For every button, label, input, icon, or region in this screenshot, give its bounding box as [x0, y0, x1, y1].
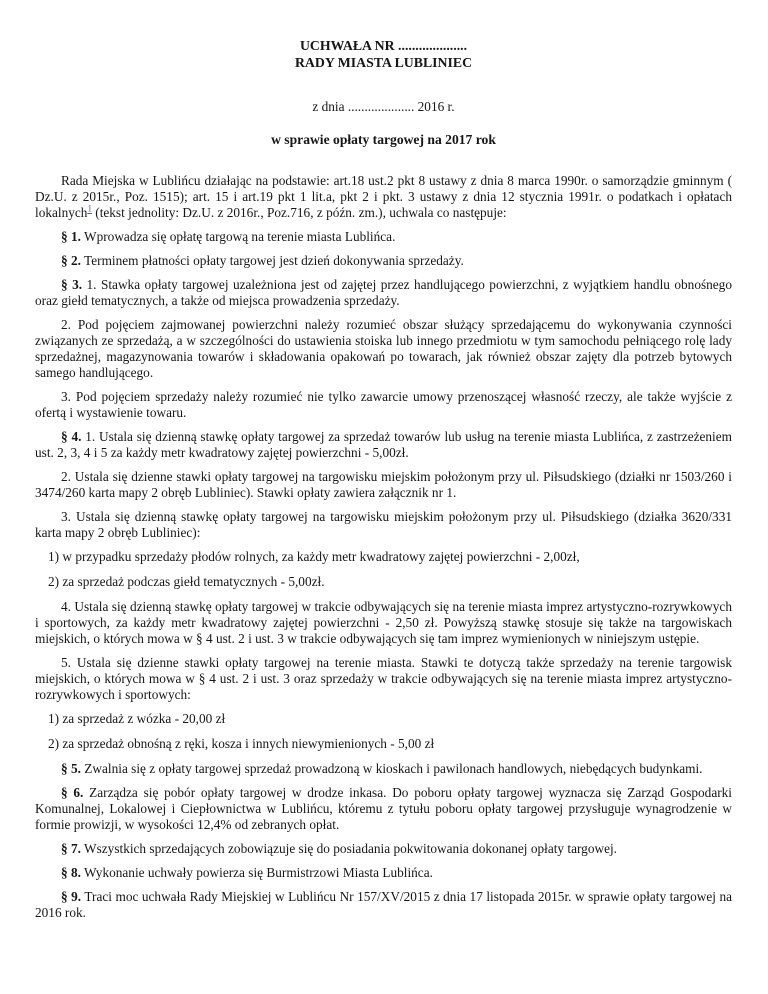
list-item: 1) za sprzedaż z wózka - 20,00 zł	[35, 711, 732, 727]
paragraph-text: 2. Pod pojęciem zajmowanej powierzchni n…	[35, 317, 732, 380]
section-label: § 5.	[61, 761, 81, 776]
section-label: § 9.	[61, 889, 81, 904]
paragraph: § 5. Zwalnia się z opłaty targowej sprze…	[35, 761, 732, 777]
section-label: § 2.	[61, 253, 81, 268]
paragraph: 2. Ustala się dzienne stawki opłaty targ…	[35, 469, 732, 501]
paragraph-text: Traci moc uchwała Rady Miejskiej w Lubli…	[35, 889, 732, 920]
paragraph-text: 1) za sprzedaż z wózka - 20,00 zł	[48, 711, 225, 726]
paragraph-text: 2) za sprzedaż obnośną z ręki, kosza i i…	[48, 736, 434, 751]
paragraph: § 9. Traci moc uchwała Rady Miejskiej w …	[35, 889, 732, 921]
paragraph: 3. Pod pojęciem sprzedaży należy rozumie…	[35, 389, 732, 421]
paragraph-text: Wprowadza się opłatę targową na terenie …	[84, 229, 395, 244]
doc-date-line: z dnia .................... 2016 r.	[35, 99, 732, 115]
preamble-paragraph: Rada Miejska w Lublińcu działając na pod…	[35, 173, 732, 221]
paragraph-text: Wykonanie uchwały powierza się Burmistrz…	[84, 865, 433, 880]
paragraph: § 7. Wszystkich sprzedających zobowiązuj…	[35, 841, 732, 857]
paragraph: § 3. 1. Stawka opłaty targowej uzależnio…	[35, 277, 732, 309]
paragraph-text: 2. Ustala się dzienne stawki opłaty targ…	[35, 469, 732, 500]
paragraph: § 1. Wprowadza się opłatę targową na ter…	[35, 229, 732, 245]
paragraph-text: 1. Ustala się dzienną stawkę opłaty targ…	[35, 429, 732, 460]
list-item: 1) w przypadku sprzedaży płodów rolnych,…	[35, 549, 732, 565]
paragraph-text: Zwalnia się z opłaty targowej sprzedaż p…	[84, 761, 702, 776]
paragraph: § 6. Zarządza się pobór opłaty targowej …	[35, 785, 732, 833]
paragraph: 5. Ustala się dzienne stawki opłaty targ…	[35, 655, 732, 703]
paragraph-text: 2) za sprzedaż podczas giełd tematycznyc…	[48, 574, 325, 589]
paragraph-text: Terminem płatności opłaty targowej jest …	[84, 253, 464, 268]
paragraph: § 4. 1. Ustala się dzienną stawkę opłaty…	[35, 429, 732, 461]
paragraph-text: 3. Pod pojęciem sprzedaży należy rozumie…	[35, 389, 732, 420]
paragraph-text: 4. Ustala się dzienną stawkę opłaty targ…	[35, 599, 732, 646]
section-label: § 3.	[61, 277, 82, 292]
section-label: § 1.	[61, 229, 81, 244]
paragraph: 2. Pod pojęciem zajmowanej powierzchni n…	[35, 317, 732, 381]
section-label: § 6.	[61, 785, 83, 800]
section-label: § 7.	[61, 841, 81, 856]
paragraph-text: 5. Ustala się dzienne stawki opłaty targ…	[35, 655, 732, 702]
paragraph-text: 1. Stawka opłaty targowej uzależniona je…	[35, 277, 732, 308]
paragraph: 4. Ustala się dzienną stawkę opłaty targ…	[35, 599, 732, 647]
list-item: 2) za sprzedaż podczas giełd tematycznyc…	[35, 574, 732, 590]
document-body: Rada Miejska w Lublińcu działając na pod…	[35, 173, 732, 921]
doc-subject-line: w sprawie opłaty targowej na 2017 rok	[35, 132, 732, 148]
doc-title-number: UCHWAŁA NR ....................	[35, 37, 732, 54]
doc-title-authority: RADY MIASTA LUBLINIEC	[35, 54, 732, 71]
section-label: § 8.	[61, 865, 81, 880]
document-page: UCHWAŁA NR .................... RADY MIA…	[0, 0, 768, 921]
paragraph: § 8. Wykonanie uchwały powierza się Burm…	[35, 865, 732, 881]
paragraph-text: Wszystkich sprzedających zobowiązuje się…	[84, 841, 617, 856]
paragraph-text: 3. Ustala się dzienną stawkę opłaty targ…	[35, 509, 732, 540]
list-item: 2) za sprzedaż obnośną z ręki, kosza i i…	[35, 736, 732, 752]
paragraph-text: Zarządza się pobór opłaty targowej w dro…	[35, 785, 732, 832]
section-label: § 4.	[61, 429, 81, 444]
doc-title: UCHWAŁA NR .................... RADY MIA…	[35, 37, 732, 71]
preamble-text-after: (tekst jednolity: Dz.U. z 2016r., Poz.71…	[92, 205, 507, 220]
paragraph-text: 1) w przypadku sprzedaży płodów rolnych,…	[48, 549, 580, 564]
paragraph: 3. Ustala się dzienną stawkę opłaty targ…	[35, 509, 732, 541]
paragraph: § 2. Terminem płatności opłaty targowej …	[35, 253, 732, 269]
